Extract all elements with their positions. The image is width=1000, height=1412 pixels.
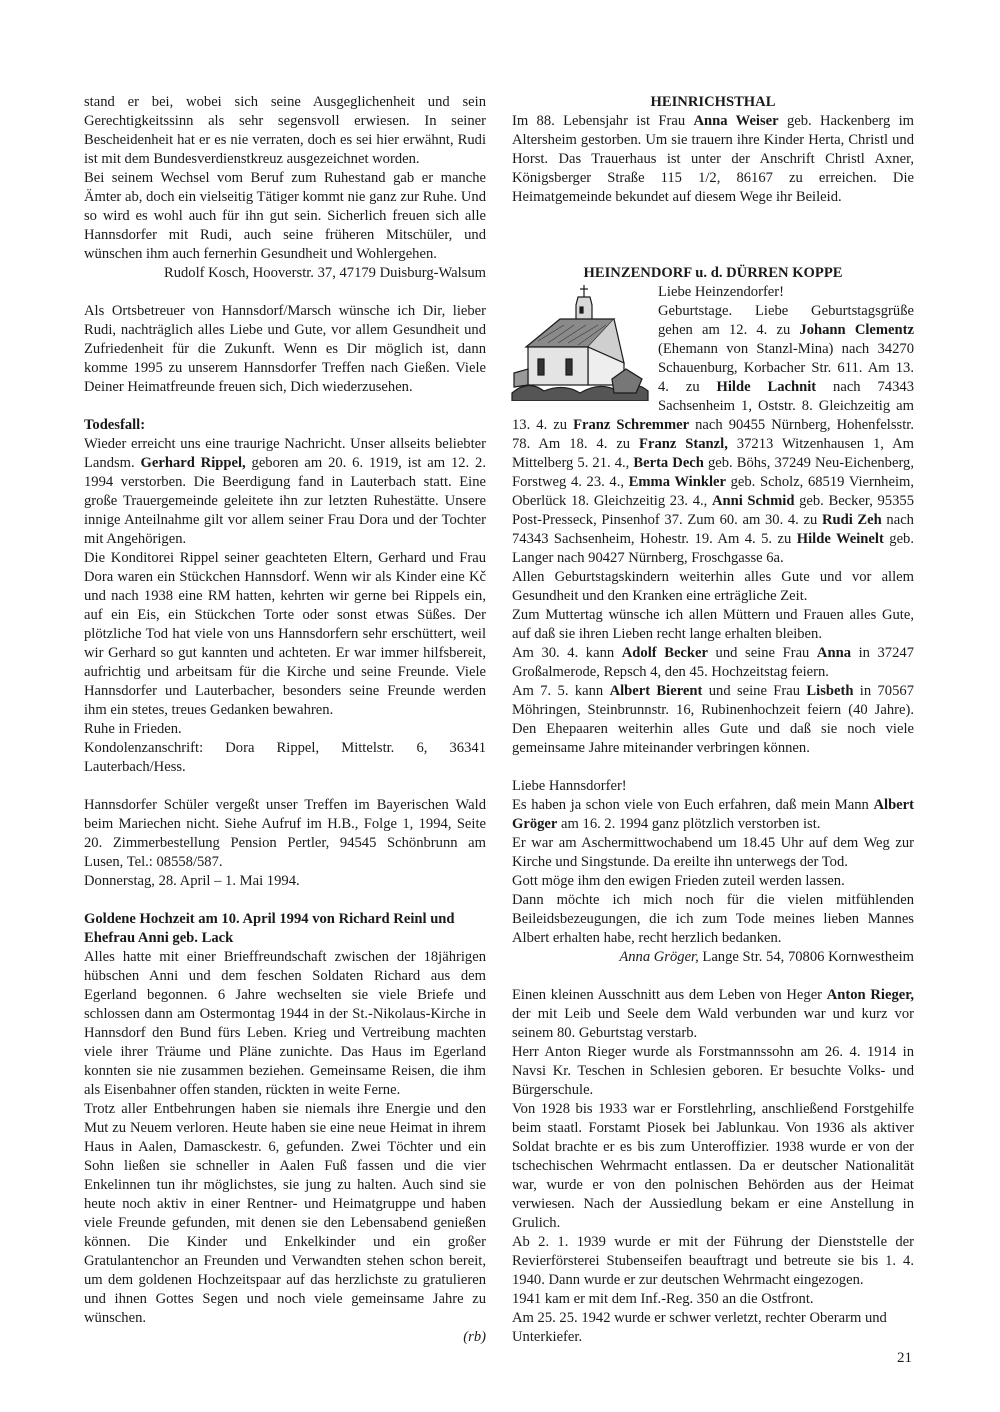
signature-name: Anna Gröger, xyxy=(619,949,698,965)
church-icon xyxy=(508,283,652,401)
groeger-paragraph-1: Es haben ja schon viele von Euch erfahre… xyxy=(512,796,914,834)
schueler-date: Donnerstag, 28. April – 1. Mai 1994. xyxy=(84,872,486,891)
todesfall-paragraph-1: Wieder erreicht uns eine traurige Nachri… xyxy=(84,435,486,549)
rieger-paragraph-3: Von 1928 bis 1933 war er Forstlehrling, … xyxy=(512,1100,914,1233)
signature-address: Lange Str. 54, 70806 Kornwestheim xyxy=(699,949,914,965)
kosch-paragraph-2: Bei seinem Wechsel vom Beruf zum Ruhesta… xyxy=(84,169,486,264)
groeger-paragraph-4: Dann möchte ich mich noch für die vielen… xyxy=(512,891,914,948)
hochzeit-heading: Goldene Hochzeit am 10. April 1994 von R… xyxy=(84,910,486,948)
todesfall-paragraph-3: Ruhe in Frieden. xyxy=(84,720,486,739)
heinrichsthal-heading: HEINRICHSTHAL xyxy=(512,93,914,112)
rieger-paragraph-2: Herr Anton Rieger wurde als Forstmannsso… xyxy=(512,1043,914,1100)
page-number: 21 xyxy=(897,1350,912,1367)
spacer xyxy=(512,207,914,226)
text: Im 88. Lebensjahr ist Frau xyxy=(512,113,694,129)
name-adolf-becker: Adolf Becker xyxy=(622,645,708,661)
name-hilde-lachnit: Hilde Lachnit xyxy=(717,379,817,395)
rieger-paragraph-5: 1941 kam er mit dem Inf.-Reg. 350 an die… xyxy=(512,1290,914,1309)
kosch-signature: Rudolf Kosch, Hooverstr. 37, 47179 Duisb… xyxy=(84,264,486,283)
heinzendorf-bierent: Am 7. 5. kann Albert Bierent und seine F… xyxy=(512,682,914,758)
name-lisbeth: Lisbeth xyxy=(806,683,853,699)
name-anton-rieger: Anton Rieger, xyxy=(827,987,914,1003)
text: und seine Frau xyxy=(702,683,806,699)
text: am 16. 2. 1994 ganz plötzlich verstorben… xyxy=(557,816,820,832)
heinzendorf-heading: HEINZENDORF u. d. DÜRREN KOPPE xyxy=(512,264,914,283)
text: der mit Leib und Seele dem Wald verbunde… xyxy=(512,1006,914,1041)
text: Am 30. 4. kann xyxy=(512,645,622,661)
rieger-paragraph-1: Einen kleinen Ausschnitt aus dem Leben v… xyxy=(512,986,914,1043)
rieger-paragraph-4: Ab 2. 1. 1939 wurde er mit der Führung d… xyxy=(512,1233,914,1290)
kosch-paragraph-1: stand er bei, wobei sich seine Ausgeglic… xyxy=(84,93,486,169)
text: Am 7. 5. kann xyxy=(512,683,610,699)
hochzeit-paragraph-1: Alles hatte mit einer Brieffreundschaft … xyxy=(84,948,486,1100)
right-column: HEINRICHSTHAL Im 88. Lebensjahr ist Frau… xyxy=(512,93,914,1347)
heinzendorf-wishes: Allen Geburtstagskindern weiterhin alles… xyxy=(512,568,914,606)
name-franz-stanzl: Franz Stanzl, xyxy=(639,436,728,452)
text: Es haben ja schon viele von Euch erfahre… xyxy=(512,797,873,813)
text: Einen kleinen Ausschnitt aus dem Leben v… xyxy=(512,987,827,1003)
name-hilde-weinelt: Hilde Weinelt xyxy=(797,531,884,547)
name-emma-winkler: Emma Winkler xyxy=(629,474,726,490)
signature-initials: (rb) xyxy=(463,1329,486,1345)
spacer xyxy=(512,758,914,777)
heinzendorf-muttertag: Zum Muttertag wünsche ich allen Müttern … xyxy=(512,606,914,644)
ortsbetreuer-paragraph: Als Ortsbetreuer von Hannsdorf/Marsch wü… xyxy=(84,302,486,397)
groeger-signature: Anna Gröger, Lange Str. 54, 70806 Kornwe… xyxy=(512,948,914,967)
spacer xyxy=(84,397,486,416)
spacer xyxy=(84,777,486,796)
heinzendorf-becker: Am 30. 4. kann Adolf Becker und seine Fr… xyxy=(512,644,914,682)
spacer xyxy=(512,967,914,986)
church-illustration xyxy=(508,283,652,401)
groeger-paragraph-2: Er war am Aschermittwochabend um 18.45 U… xyxy=(512,834,914,872)
name-anna-weiser: Anna Weiser xyxy=(694,113,779,129)
groeger-paragraph-3: Gott möge ihm den ewigen Frieden zuteil … xyxy=(512,872,914,891)
todesfall-heading: Todesfall: xyxy=(84,416,486,435)
name-franz-schremmer: Franz Schremmer xyxy=(573,417,689,433)
heinrichsthal-paragraph: Im 88. Lebensjahr ist Frau Anna Weiser g… xyxy=(512,112,914,207)
spacer xyxy=(512,226,914,245)
name-gerhard-rippel: Gerhard Rippel, xyxy=(141,455,246,471)
name-johann-clementz: Johann Clementz xyxy=(799,322,914,338)
groeger-greeting: Liebe Hannsdorfer! xyxy=(512,777,914,796)
spacer xyxy=(84,891,486,910)
name-berta-dech: Berta Dech xyxy=(633,455,704,471)
rieger-paragraph-6: Am 25. 25. 1942 wurde er schwer verletzt… xyxy=(512,1309,914,1347)
todesfall-paragraph-2: Die Konditorei Rippel seiner geachteten … xyxy=(84,549,486,720)
hochzeit-paragraph-2: Trotz aller Entbehrungen haben sie niema… xyxy=(84,1100,486,1328)
left-column: stand er bei, wobei sich seine Ausgeglic… xyxy=(84,93,486,1347)
schueler-paragraph: Hannsdorfer Schüler vergeßt unser Treffe… xyxy=(84,796,486,872)
text: und seine Frau xyxy=(708,645,817,661)
spacer xyxy=(84,283,486,302)
spacer xyxy=(512,245,914,264)
hochzeit-signature: (rb) xyxy=(84,1328,486,1347)
name-anna: Anna xyxy=(817,645,851,661)
name-anni-schmid: Anni Schmid xyxy=(712,493,795,509)
name-albert-bierent: Albert Bierent xyxy=(610,683,703,699)
todesfall-condolence-address: Kondolenzanschrift: Dora Rippel, Mittels… xyxy=(84,739,486,777)
name-rudi-zeh: Rudi Zeh xyxy=(822,512,882,528)
